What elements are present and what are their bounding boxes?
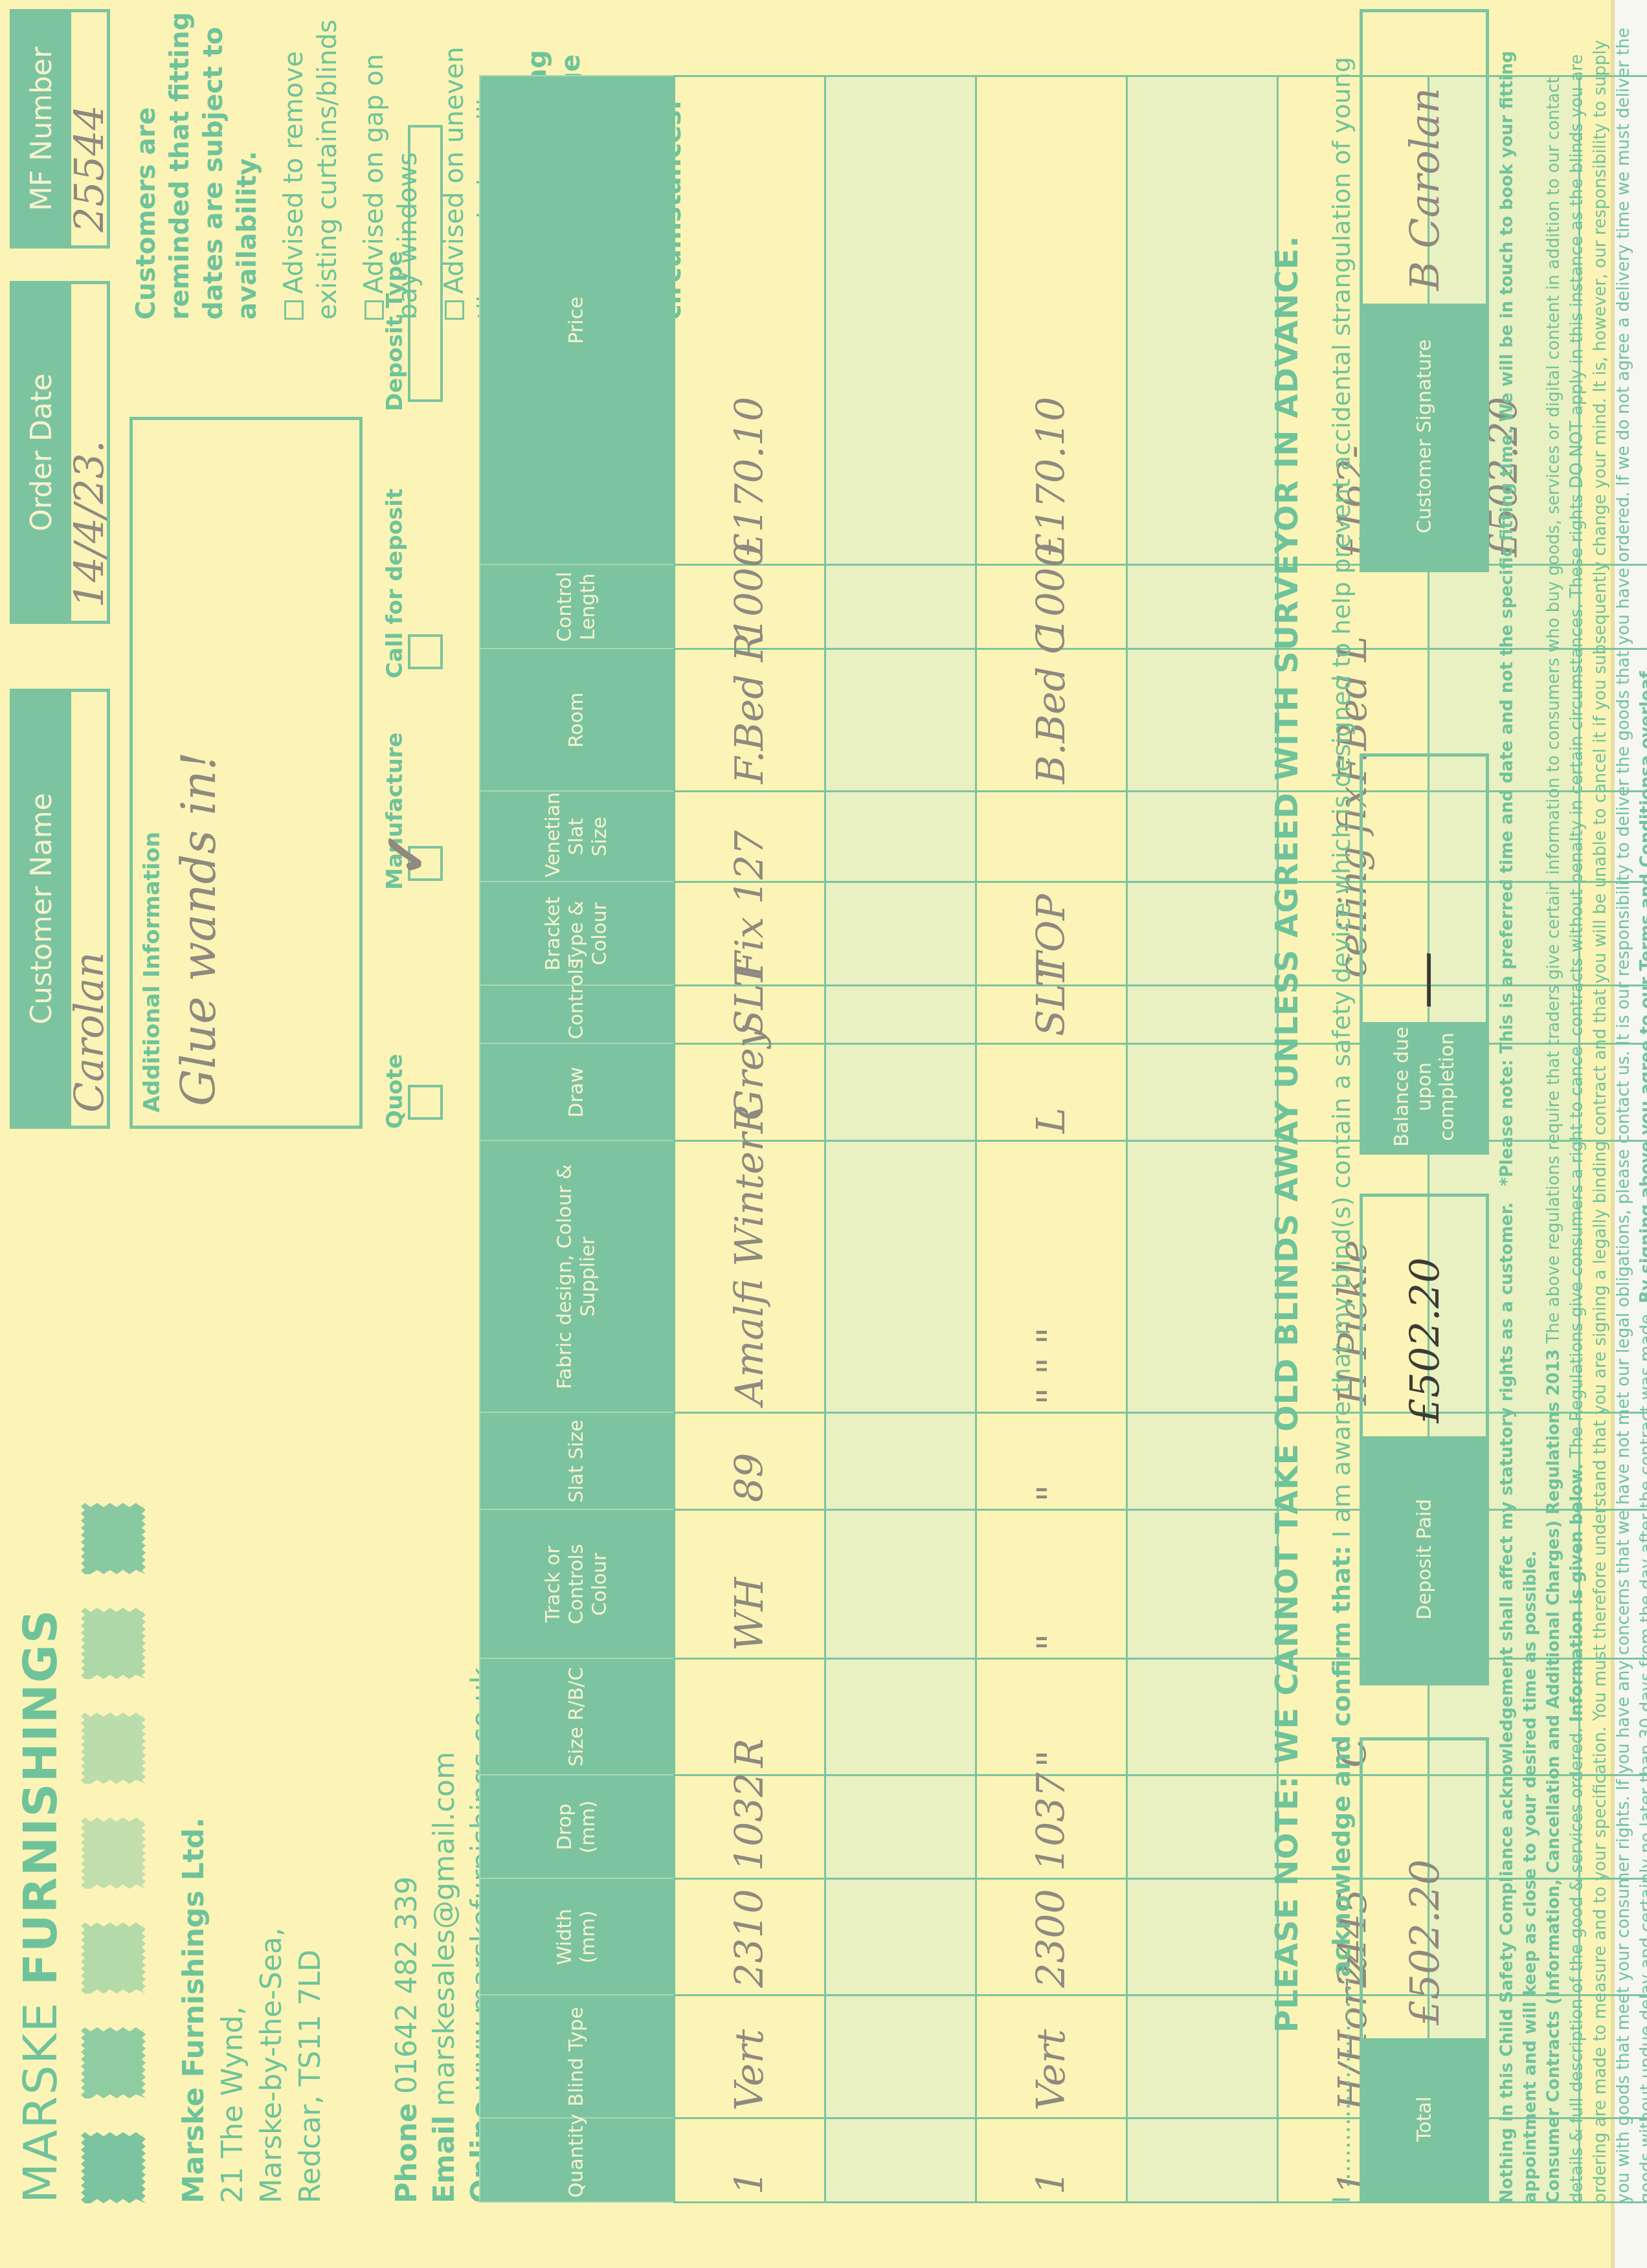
additional-info-label: Additional Information (139, 832, 165, 1113)
brand-logo: MARSKE FURNISHINGS (13, 1608, 67, 2203)
col-track-colour: Track or Controls Colour (480, 1510, 674, 1659)
cell-slat-size[interactable]: " (976, 1413, 1126, 1510)
cell-size-rbc[interactable]: " (976, 1659, 1126, 1775)
reminder-heading: Customers are reminded that fitting date… (129, 9, 264, 320)
cell-track-colour[interactable]: " (976, 1510, 1126, 1659)
cell-width[interactable]: 2310 (674, 1879, 825, 1996)
swatch-icon (81, 2027, 146, 2098)
cell-slat-size[interactable]: 89 (674, 1413, 825, 1510)
cell-fabric[interactable]: Amalfi Winter Grey (674, 1141, 825, 1413)
cell-venetian-slat[interactable] (976, 792, 1126, 882)
company-address: Marske Furnishings Ltd. 21 The Wynd, Mar… (175, 1818, 330, 2203)
cell-blind-type[interactable] (1126, 1996, 1277, 2118)
table-header-row: Quantity Blind Type Width (mm) Drop (mm)… (480, 76, 674, 2203)
cell-price[interactable]: £170.10 (976, 76, 1126, 565)
customer-name-field[interactable]: Customer Name Carolan (10, 689, 110, 1129)
cell-price[interactable]: £170.10 (674, 76, 825, 565)
order-date-value: 14/4/23. (71, 440, 107, 608)
terms-fine-print: Nothing in this Child Safety Compliance … (1496, 16, 1647, 2203)
cell-width[interactable] (825, 1879, 976, 1996)
order-date-label: Order Date (13, 284, 71, 621)
cell-venetian-slat[interactable] (825, 792, 976, 882)
cell-bracket[interactable] (1126, 882, 1277, 986)
cell-blind-type[interactable]: Vert (976, 1996, 1126, 2118)
cell-drop[interactable] (825, 1775, 976, 1879)
col-venetian-slat: Venetian Slat Size (480, 792, 674, 882)
advice-bay-gap[interactable]: Advised on gap on bay windows (357, 9, 425, 320)
col-fabric: Fabric design, Colour & Supplier (480, 1141, 674, 1413)
cell-blind-type[interactable] (825, 1996, 976, 2118)
cell-control-length[interactable] (1126, 565, 1277, 649)
quote-label: Quote (382, 1054, 408, 1129)
additional-info-box[interactable]: Additional Information Glue wands in! (129, 417, 363, 1129)
address-line: Redcar, TS11 7LD (291, 1818, 330, 2203)
manufacture-checkbox[interactable]: ✓ (408, 846, 443, 881)
customer-name-label: Customer Name (13, 692, 71, 1126)
mf-number-label: MF Number (13, 12, 71, 245)
cell-track-colour[interactable]: WH (674, 1510, 825, 1659)
total-value: £502.20 (1363, 1740, 1486, 2038)
deposit-paid-label: Deposit Paid (1363, 1436, 1486, 1682)
cell-controls[interactable]: SLT (976, 986, 1126, 1044)
col-control-length: Control Length (480, 565, 674, 649)
old-blinds-notice: PLEASE NOTE: WE CANNOT TAKE OLD BLINDS A… (1269, 0, 1305, 2268)
manufacture-option[interactable]: Manufacture✓ (382, 704, 443, 890)
customer-signature-value: B Carolan (1363, 12, 1486, 304)
col-blind-type: Blind Type (480, 1996, 674, 2118)
brand-bold: FURNISHINGS (13, 1608, 67, 1985)
cell-width[interactable]: 2300 (976, 1879, 1126, 1996)
cell-quantity[interactable] (825, 2118, 976, 2203)
table-row (1126, 76, 1277, 2203)
cell-size-rbc[interactable] (1126, 1659, 1277, 1775)
ack-bold: acknowledge and confirm that: (1327, 1546, 1356, 1977)
deposit-paid-field[interactable]: Deposit Paid £502.20 (1360, 1194, 1489, 1685)
swatch-icon (81, 1922, 146, 1994)
balance-due-label: Balance due upon completion (1363, 1022, 1486, 1151)
cell-size-rbc[interactable] (825, 1659, 976, 1775)
col-quantity: Quantity (480, 2118, 674, 2203)
regs-title: Consumer Contracts (Information, Cancell… (1544, 1349, 1563, 2203)
deposit-paid-value: £502.20 (1363, 1197, 1486, 1436)
email-link[interactable]: marskesales@gmail.com (428, 1751, 461, 2106)
additional-info-value: Glue wands in! (172, 751, 226, 1106)
cell-draw[interactable] (1126, 1044, 1277, 1141)
balance-due-value: — (1363, 757, 1486, 1022)
cell-controls[interactable] (1126, 986, 1277, 1044)
address-line: 21 The Wynd, (214, 1818, 252, 2203)
phone-label: Phone (390, 2103, 423, 2203)
cell-fabric[interactable] (825, 1141, 976, 1413)
balance-due-field[interactable]: Balance due upon completion — (1360, 753, 1489, 1155)
cell-bracket[interactable]: TOP (976, 882, 1126, 986)
fabric-swatches (81, 1503, 146, 2203)
cell-slat-size[interactable] (825, 1413, 976, 1510)
table-row: 1Vert23001037"""" " "LSLTTOPB.Bed C1000£… (976, 76, 1126, 2203)
cell-fabric[interactable] (1126, 1141, 1277, 1413)
cell-draw[interactable] (825, 1044, 976, 1141)
table-row (825, 76, 976, 2203)
cell-quantity[interactable]: 1 (674, 2118, 825, 2203)
swatch-icon (81, 1608, 146, 1679)
cell-venetian-slat[interactable] (1126, 792, 1277, 882)
cell-slat-size[interactable] (1126, 1413, 1277, 1510)
cell-price[interactable] (1126, 76, 1277, 565)
cell-controls[interactable] (825, 986, 976, 1044)
cell-draw[interactable]: L (976, 1044, 1126, 1141)
cell-drop[interactable] (1126, 1775, 1277, 1879)
cell-track-colour[interactable] (1126, 1510, 1277, 1659)
customer-name-value: Carolan (71, 952, 107, 1113)
customer-signature-label: Customer Signature (1363, 304, 1486, 569)
brand-light: MARSKE (13, 1985, 67, 2203)
cell-control-length[interactable]: 1000 (976, 565, 1126, 649)
col-draw: Draw (480, 1044, 674, 1141)
cell-drop[interactable]: 1032 (674, 1775, 825, 1879)
cell-room[interactable] (1126, 649, 1277, 792)
total-field[interactable]: Total £502.20 (1360, 1737, 1489, 2203)
cell-drop[interactable]: 1037 (976, 1775, 1126, 1879)
ack-name-blank[interactable]: I ........................... (1327, 1977, 1356, 2203)
phone-number[interactable]: 01642 482 339 (390, 1876, 423, 2094)
cell-control-length[interactable] (825, 565, 976, 649)
cell-track-colour[interactable] (825, 1510, 976, 1659)
mf-number-field[interactable]: MF Number 25544 (10, 9, 110, 249)
table-row: 1Vert23101032RWH89Amalfi Winter GreyRSLT… (674, 76, 825, 2203)
cell-room[interactable] (825, 649, 976, 792)
col-slat-size: Slat Size (480, 1413, 674, 1510)
cell-quantity[interactable]: 1 (976, 2118, 1126, 2203)
cell-price[interactable] (825, 76, 976, 565)
order-form: MARSKE FURNISHINGS Marske Furnishings Lt… (0, 0, 1615, 2268)
cell-quantity[interactable] (1126, 2118, 1277, 2203)
call-for-deposit-checkbox[interactable] (408, 634, 443, 669)
order-date-field[interactable]: Order Date 14/4/23. (10, 281, 110, 624)
cell-room[interactable]: B.Bed C (976, 649, 1126, 792)
cell-fabric[interactable]: " " " (976, 1141, 1126, 1413)
checkmark-icon: ✓ (372, 829, 440, 878)
col-price: Price (480, 76, 674, 565)
swatch-icon (81, 1713, 146, 1784)
address-line: Marske-by-the-Sea, (252, 1818, 291, 2203)
terms-link: By signing above you agree to our Terms … (1637, 665, 1647, 1303)
col-width: Width (mm) (480, 1879, 674, 1996)
cell-bracket[interactable]: Fix 127 (674, 882, 825, 986)
quote-checkbox[interactable] (408, 1085, 443, 1120)
swatch-spiral-icon (81, 1503, 146, 1574)
customer-signature-field[interactable]: Customer Signature B Carolan (1360, 9, 1489, 572)
total-label: Total (1363, 2038, 1486, 2200)
col-controls: Controls (480, 986, 674, 1044)
col-drop: Drop (mm) (480, 1775, 674, 1879)
cell-size-rbc[interactable]: R (674, 1659, 825, 1775)
email-label: Email (428, 2115, 461, 2203)
cell-room[interactable]: F.Bed R (674, 649, 825, 792)
info-bold: Information is given below. (1567, 1463, 1587, 1722)
quote-option[interactable]: Quote (382, 1019, 443, 1129)
cell-bracket[interactable] (825, 882, 976, 986)
mf-number-value: 25544 (71, 105, 107, 232)
cell-controls[interactable]: SLT (674, 986, 825, 1044)
advice-remove-curtains[interactable]: Advised to remove existing curtains/blin… (277, 9, 344, 320)
swatch-icon (81, 1818, 146, 1889)
cell-blind-type[interactable]: Vert (674, 1996, 825, 2118)
cell-width[interactable] (1126, 1879, 1277, 1996)
cell-control-length[interactable]: 1000 (674, 565, 825, 649)
company-name: Marske Furnishings Ltd. (175, 1818, 214, 2203)
call-for-deposit-option[interactable]: Call for deposit (382, 463, 443, 678)
col-size-rbc: Size R/B/C (480, 1659, 674, 1775)
call-for-deposit-label: Call for deposit (382, 489, 408, 678)
statutory-note: Nothing in this Child Safety Compliance … (1497, 1202, 1517, 2203)
swatch-icon (81, 2132, 146, 2203)
col-room: Room (480, 649, 674, 792)
